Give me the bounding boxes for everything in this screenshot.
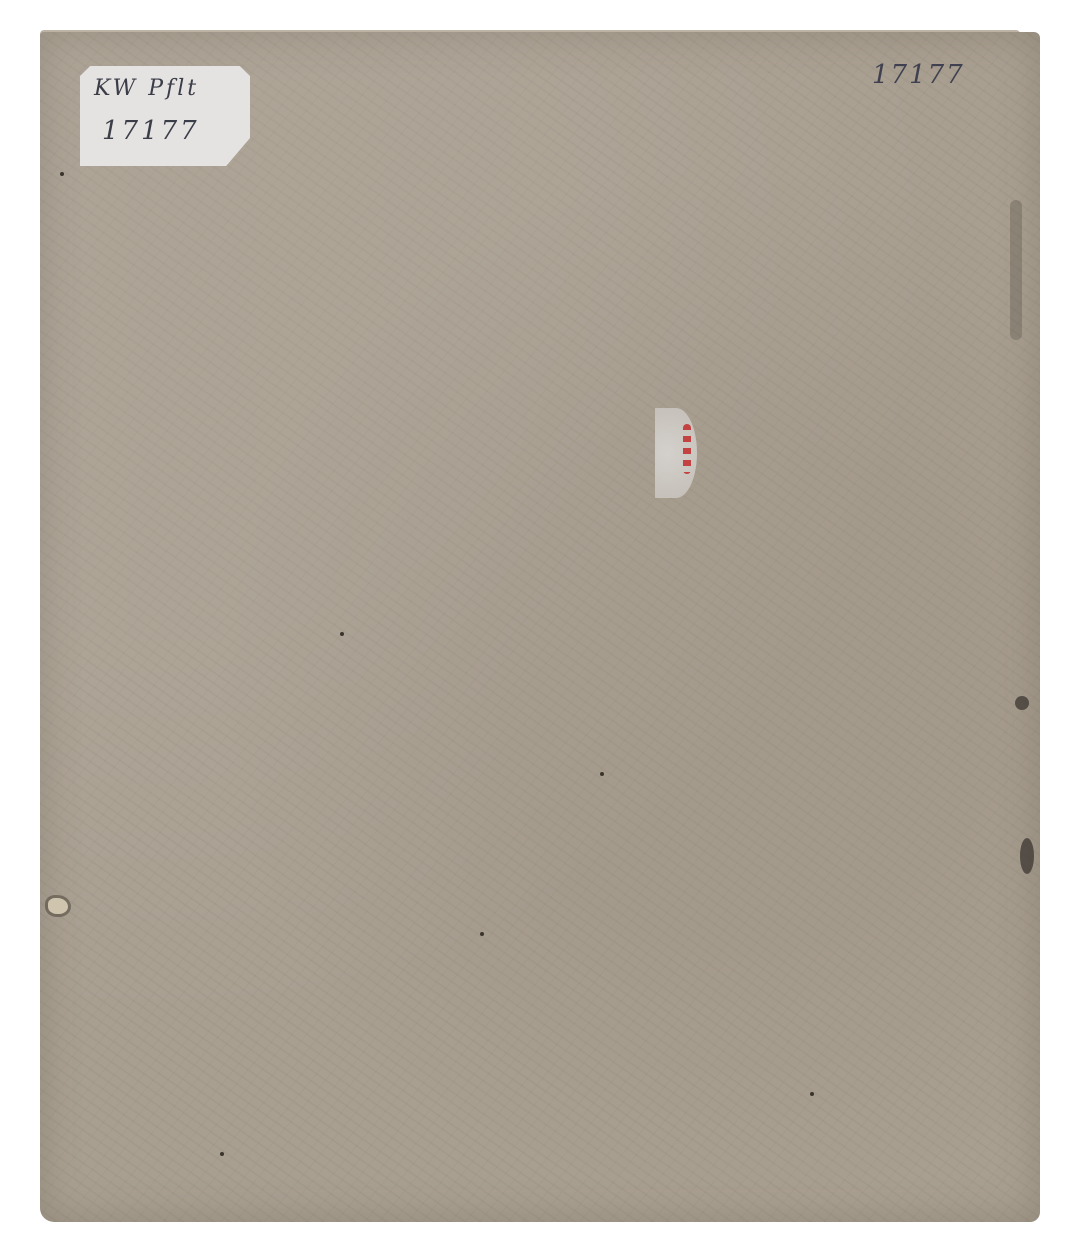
ink-stain <box>1015 696 1029 710</box>
pencil-catalog-number: 17177 <box>872 60 965 90</box>
edge-soiling <box>1010 200 1022 340</box>
ink-stain <box>1020 838 1034 874</box>
speck <box>220 1152 224 1156</box>
label-shelfmark: KW Pflt <box>94 76 199 101</box>
speck <box>60 172 64 176</box>
seal-red-traces <box>683 424 691 474</box>
speck <box>600 772 604 776</box>
binding-thread <box>48 898 68 914</box>
wax-seal-remnant <box>655 408 697 498</box>
speck <box>480 932 484 936</box>
speck <box>810 1092 814 1096</box>
speck <box>340 632 344 636</box>
catalog-label: KW Pflt 17177 <box>80 66 250 166</box>
document-cover <box>40 32 1040 1222</box>
label-number: 17177 <box>102 116 200 146</box>
